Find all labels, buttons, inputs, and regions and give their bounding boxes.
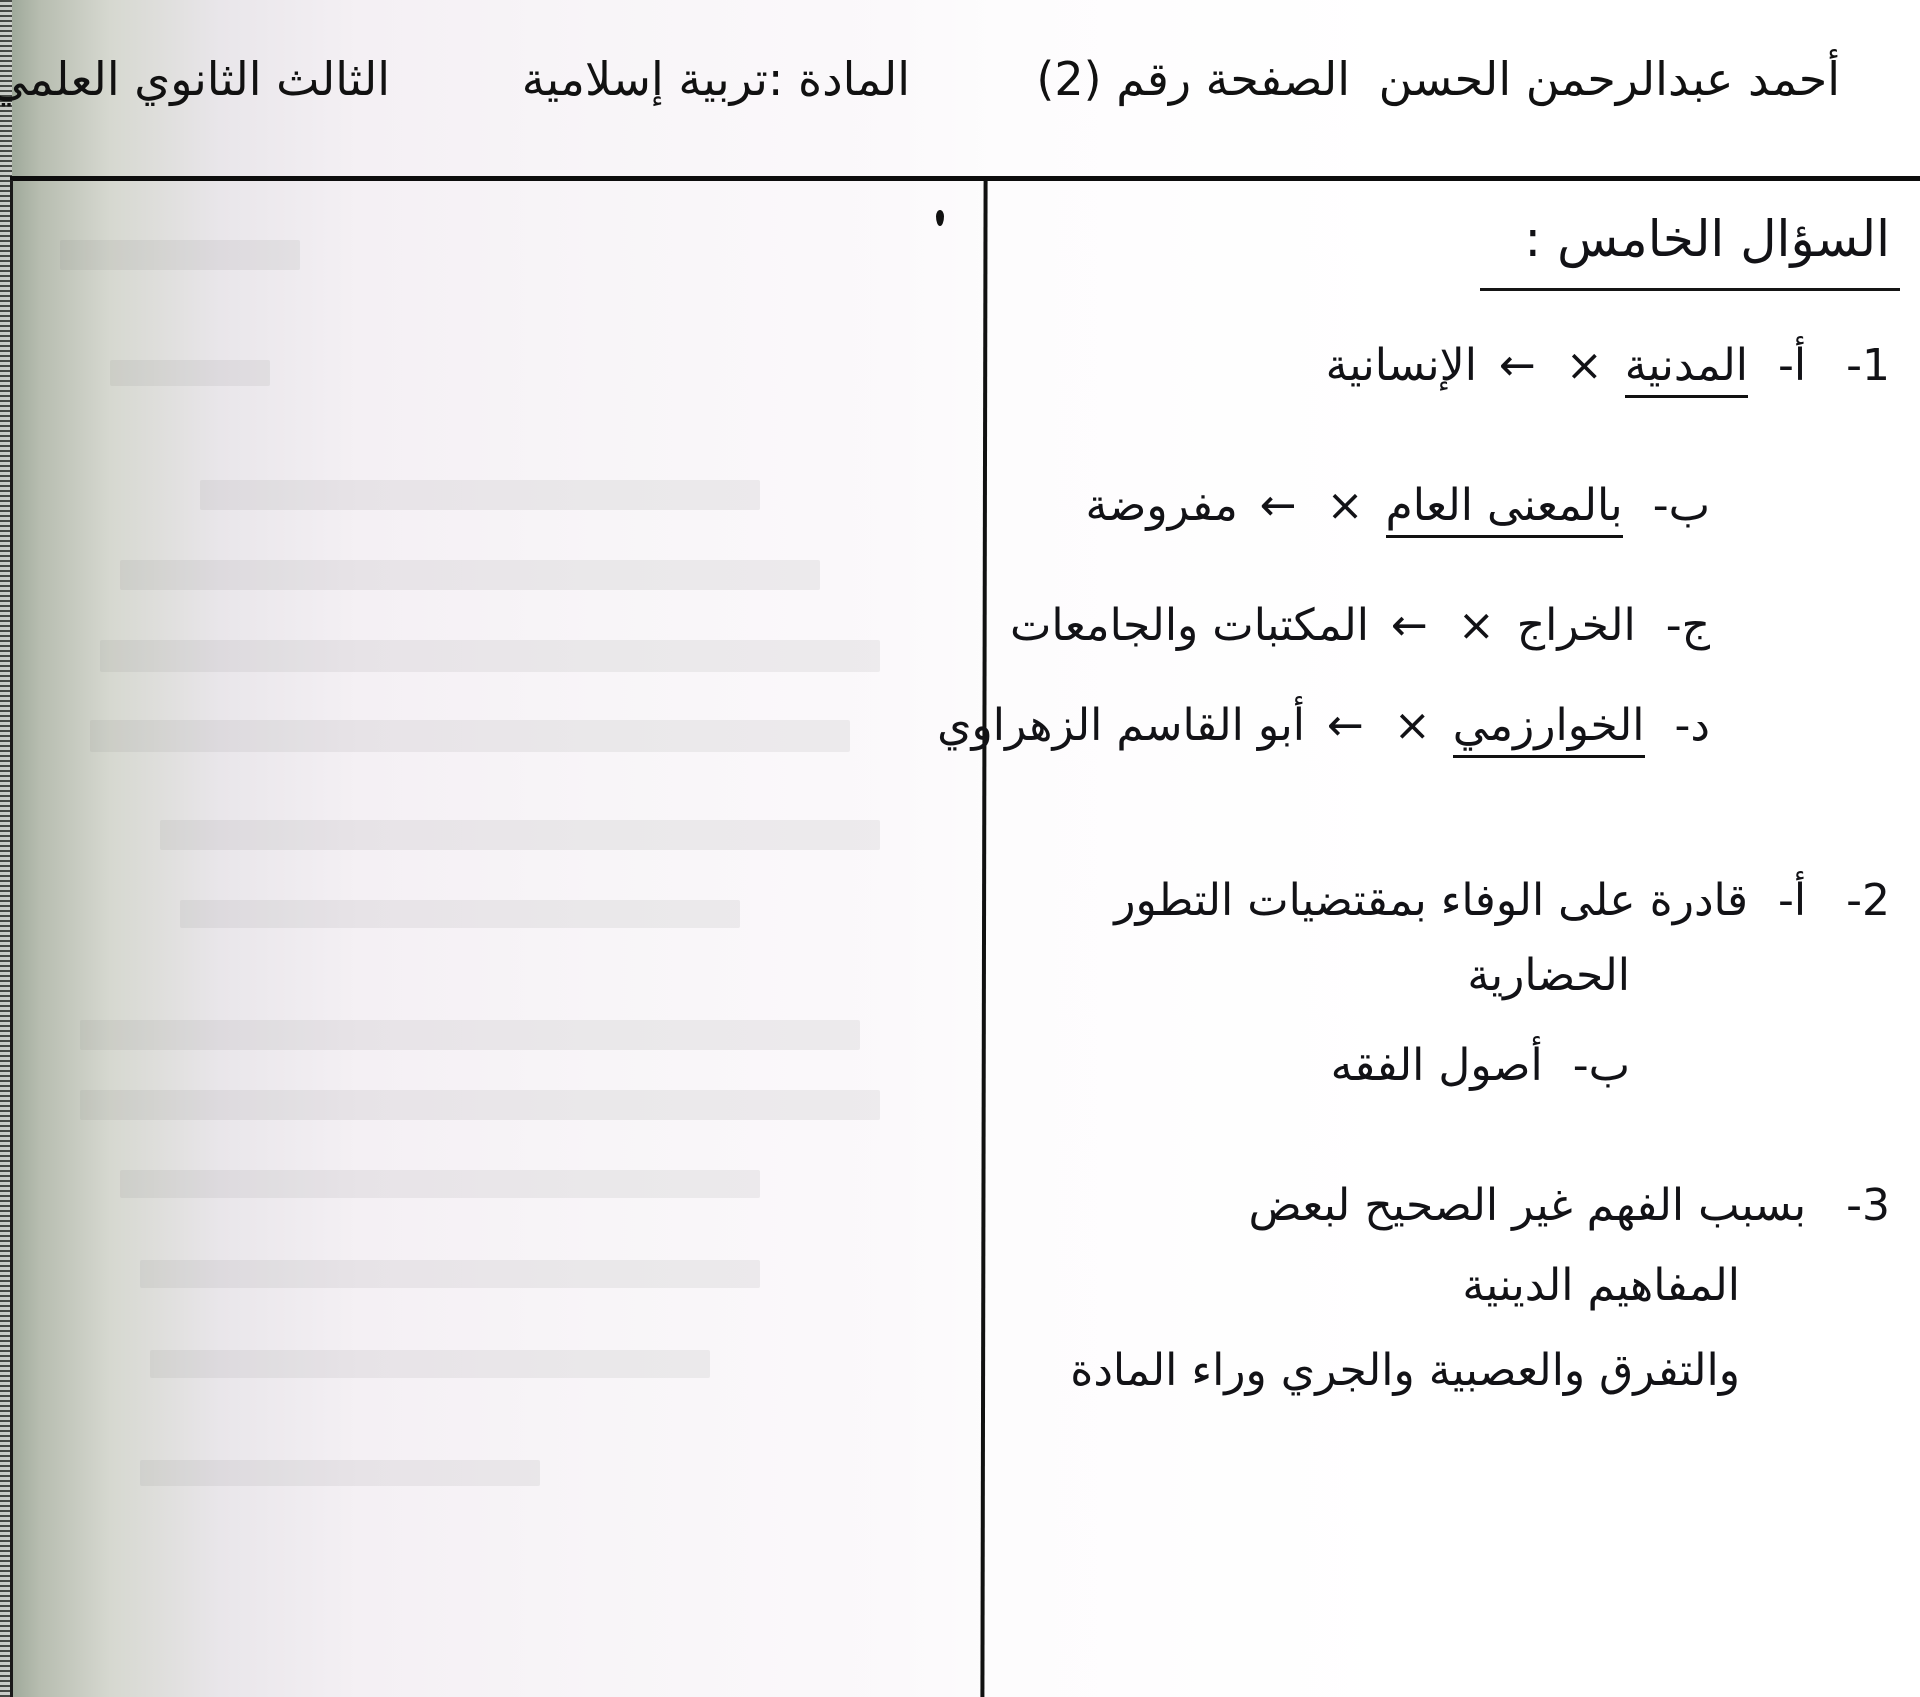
bleed-through-mark: [90, 720, 850, 752]
subject-value: تربية إسلامية: [522, 52, 768, 106]
part3-line2: المفاهيم الدينية: [1462, 1260, 1740, 1311]
bleed-through-mark: [160, 820, 880, 850]
cross-mark: ×: [1566, 340, 1603, 391]
item-letter: ب-: [1573, 1040, 1630, 1091]
arrow-icon: ←: [1327, 700, 1364, 751]
part1-item-b: ب- بالمعنى العام × ← مفروضة: [1085, 480, 1710, 531]
wrong-term: الخراج: [1517, 600, 1636, 651]
cross-mark: ×: [1394, 700, 1431, 751]
bleed-through-mark: [60, 240, 300, 270]
answer-text: بسبب الفهم غير الصحيح لبعض: [1248, 1180, 1806, 1231]
bleed-through-mark: [110, 360, 270, 386]
part2-item-a: 2- أ- قادرة على الوفاء بمقتضيات التطور: [1114, 875, 1890, 926]
wrong-term: بالمعنى العام: [1386, 480, 1623, 538]
item-letter: ج-: [1666, 600, 1710, 651]
part3-line3: والتفرق والعصبية والجري وراء المادة: [1070, 1345, 1740, 1396]
correct-term: المكتبات والجامعات: [1010, 600, 1369, 651]
arrow-icon: ←: [1391, 600, 1428, 651]
question-title: السؤال الخامس :: [1524, 210, 1890, 268]
part-number: 1-: [1846, 340, 1890, 391]
bleed-through-mark: [80, 1020, 860, 1050]
correct-term: مفروضة: [1085, 480, 1237, 531]
cross-mark: ×: [1327, 480, 1364, 531]
item-letter: أ-: [1778, 875, 1806, 926]
grade-level: الثالث الثانوي العلمي: [0, 52, 390, 106]
part2-item-b: ب- أصول الفقه: [1331, 1040, 1630, 1091]
bleed-through-mark: [100, 640, 880, 672]
cross-mark: ×: [1458, 600, 1495, 651]
item-letter: أ-: [1778, 340, 1806, 391]
correct-term: الإنسانية: [1326, 340, 1477, 391]
bleed-through-mark: [120, 1170, 760, 1198]
part1-item-d: د- الخوارزمي × ← أبو القاسم الزهراوي: [937, 700, 1710, 751]
part-number: 2-: [1846, 875, 1890, 926]
scanned-exam-page: أحمد عبدالرحمن الحسن الصفحة رقم (2) الما…: [0, 0, 1920, 1697]
bleed-through-mark: [80, 1090, 880, 1120]
item-letter: د-: [1675, 700, 1710, 751]
part1-item-a: 1- أ- المدنية × ← الإنسانية: [1326, 340, 1890, 391]
left-border: [10, 180, 13, 1697]
subject-label: المادة :: [768, 52, 910, 106]
wrong-term: الخوارزمي: [1453, 700, 1645, 758]
bleed-through-mark: [150, 1350, 710, 1378]
part2-item-a-continued: الحضارية: [1467, 950, 1630, 1001]
part1-item-c: ج- الخراج × ← المكتبات والجامعات: [1010, 600, 1710, 651]
answer-column: السؤال الخامس : 1- أ- المدنية × ← الإنسا…: [985, 180, 1920, 1697]
correct-term: أبو القاسم الزهراوي: [937, 700, 1305, 751]
part-number: 3-: [1846, 1180, 1890, 1231]
page-header: أحمد عبدالرحمن الحسن الصفحة رقم (2) الما…: [0, 0, 1920, 178]
answer-text: أصول الفقه: [1331, 1040, 1543, 1091]
page-number: (2): [1036, 52, 1101, 106]
arrow-icon: ←: [1260, 480, 1297, 531]
page-label: الصفحة رقم: [1116, 52, 1350, 106]
page-number-label: الصفحة رقم (2): [1036, 52, 1350, 106]
bleed-through-mark: [140, 1460, 540, 1486]
bleed-through-mark: [140, 1260, 760, 1288]
bleed-through-mark: [200, 480, 760, 510]
item-letter: ب-: [1653, 480, 1710, 531]
question-title-underline: [1480, 288, 1900, 291]
student-name: أحمد عبدالرحمن الحسن: [1379, 52, 1840, 106]
bleed-through-mark: [120, 560, 820, 590]
ink-dot: [936, 210, 944, 226]
arrow-icon: ←: [1499, 340, 1536, 391]
wrong-term: المدنية: [1625, 340, 1748, 398]
part3-line1: 3- بسبب الفهم غير الصحيح لبعض: [1248, 1180, 1890, 1231]
answer-text: قادرة على الوفاء بمقتضيات التطور: [1114, 875, 1748, 926]
subject-field: المادة :تربية إسلامية: [522, 52, 910, 106]
bleed-through-mark: [180, 900, 740, 928]
